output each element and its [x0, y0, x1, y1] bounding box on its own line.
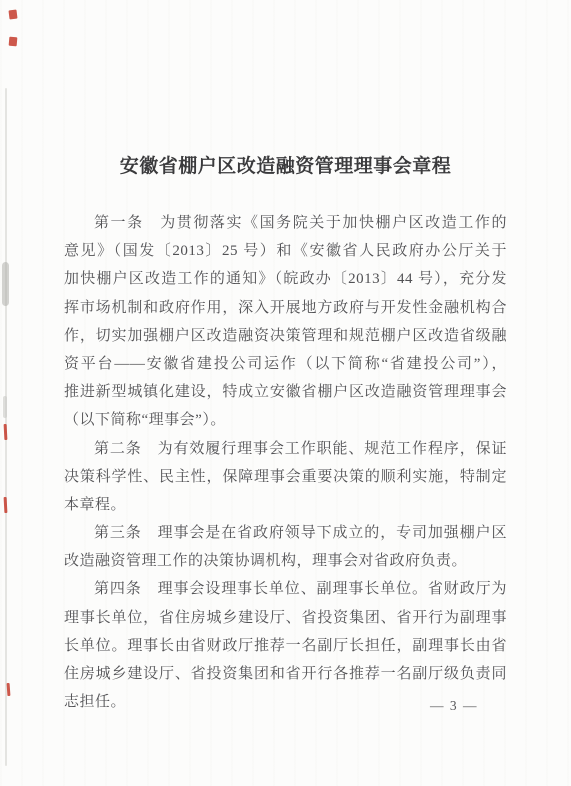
text-line: 决策科学性、民主性，保障理事会重要决策的顺利实施，特制定	[64, 463, 507, 491]
text-line: 第四条 理事会设理事长单位、副理事长单位。省财政厅为	[64, 575, 507, 603]
text-line: 意见》（国发〔2013〕25 号）和《安徽省人民政府办公厅关于	[64, 237, 507, 265]
document-page: 安徽省棚户区改造融资管理理事会章程 第一条 为贯彻落实《国务院关于加快棚户区改造…	[0, 0, 571, 786]
text-line: （以下简称“理事会”）。	[64, 406, 507, 434]
document-body: 第一条 为贯彻落实《国务院关于加快棚户区改造工作的意见》（国发〔2013〕25 …	[0, 209, 571, 716]
text-line: 住房城乡建设厅、省投资集团和省开行各推荐一名副厅级负责同	[64, 660, 507, 688]
scan-smudge	[2, 262, 9, 306]
text-line: 挥市场机制和政府作用，深入开展地方政府与开发性金融机构合	[64, 294, 507, 322]
red-mark	[8, 10, 17, 20]
text-line: 作，切实加强棚户区改造融资决策管理和规范棚户区改造省级融	[64, 322, 507, 350]
text-line: 第二条 为有效履行理事会工作职能、规范工作程序，保证	[64, 435, 507, 463]
red-mark	[9, 37, 18, 47]
text-line: 资平台——安徽省建投公司运作（以下简称“省建投公司”），	[64, 350, 507, 378]
text-line: 长单位。理事长由省财政厅推荐一名副厅长担任，副理事长由省	[64, 632, 507, 660]
text-line: 推进新型城镇化建设，特成立安徽省棚户区改造融资管理理事会	[64, 378, 507, 406]
text-line: 第三条 理事会是在省政府领导下成立的，专司加强棚户区	[64, 519, 507, 547]
text-line: 第一条 为贯彻落实《国务院关于加快棚户区改造工作的	[64, 209, 507, 237]
scan-smudge	[3, 396, 7, 418]
page-number: — 3 —	[424, 698, 484, 714]
text-line: 加快棚户区改造工作的通知》（皖政办〔2013〕44 号），充分发	[64, 265, 507, 293]
page-title: 安徽省棚户区改造融资管理理事会章程	[0, 0, 571, 178]
text-line: 改造融资管理工作的决策协调机构，理事会对省政府负责。	[64, 547, 507, 575]
text-line: 本章程。	[64, 491, 507, 519]
text-line: 理事长单位，省住房城乡建设厅、省投资集团、省开行为副理事	[64, 604, 507, 632]
